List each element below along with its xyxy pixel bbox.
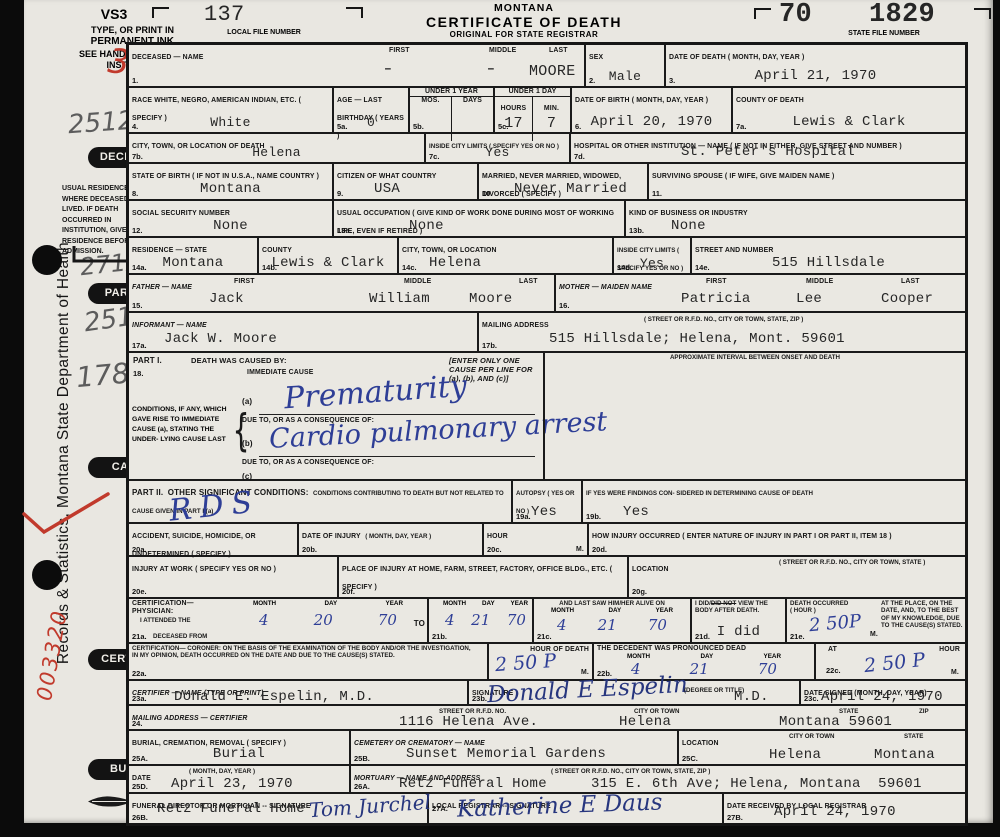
death-hour-value: 2 50P: [808, 611, 862, 636]
year-label: YEAR: [511, 600, 529, 607]
item-number: 23c.: [804, 694, 819, 703]
county-of-death-value: Lewis & Clark: [733, 114, 965, 130]
field-street-number: STREET AND NUMBER 14e. 515 Hillsdale: [692, 238, 965, 273]
field-certifier-signature: SIGNATURE 23b. Donald E Espelin (DEGREE …: [469, 681, 801, 704]
conditions-note: CONDITIONS, IF ANY, WHICH GAVE RISE TO I…: [132, 405, 232, 444]
field-sex: SEX 2. Male: [586, 45, 666, 86]
minutes-label: MIN.: [544, 105, 559, 112]
interval-label: APPROXIMATE INTERVAL BETWEEN ONSET AND D…: [548, 354, 962, 361]
view-label-struck: DID NOT: [711, 600, 736, 607]
informant-name-label: INFORMANT — NAME: [132, 322, 207, 329]
form-row: INFORMANT — NAME 17a. Jack W. Moore MAIL…: [129, 313, 965, 353]
year-label: YEAR: [656, 607, 674, 614]
pronounced-year-value: 70: [758, 660, 777, 678]
meridiem-label: M.: [951, 669, 959, 677]
to-label: TO: [414, 619, 425, 629]
field-residence-city: CITY, TOWN, OR LOCATION 14c. Helena: [399, 238, 614, 273]
marital-status-value: Never Married: [494, 181, 647, 197]
item-number: 23b.: [472, 694, 487, 703]
form-row-burial: BURIAL, CREMATION, REMOVAL ( SPECIFY ) 2…: [129, 731, 965, 766]
crop-mark: [152, 7, 169, 18]
part2-label: PART II.: [132, 488, 163, 497]
location-label: LOCATION: [682, 740, 719, 747]
under-1-day-label: UNDER 1 DAY: [495, 88, 570, 97]
injury-at-work-label: INJURY AT WORK ( SPECIFY YES OR NO ): [132, 566, 276, 573]
pronounced-day-value: 21: [690, 660, 709, 678]
informant-name-value: Jack W. Moore: [164, 331, 277, 347]
burial-type-value: Burial: [129, 746, 349, 762]
meridiem-label: M.: [576, 546, 584, 554]
field-cemetery-name: CEMETERY OR CREMATORY — NAME 25B. Sunset…: [351, 731, 679, 764]
field-industry: KIND OF BUSINESS OR INDUSTRY 13b. None: [626, 201, 965, 236]
ssn-value: None: [129, 218, 332, 234]
residence-city-label: CITY, TOWN, OR LOCATION: [402, 247, 497, 254]
field-race: RACE WHITE, NEGRO, AMERICAN INDIAN, ETC.…: [129, 88, 334, 132]
day-label: DAY: [700, 653, 713, 660]
item-number: 1.: [132, 76, 138, 85]
date-of-death-label: DATE OF DEATH ( MONTH, DAY, YEAR ): [669, 54, 804, 61]
residence-inside-limits-value: Yes: [614, 256, 690, 271]
hospital-value: St. Peter's Hospital: [571, 144, 965, 160]
place-of-injury-label: PLACE OF INJURY AT HOME, FARM, STREET, F…: [342, 566, 612, 591]
from-month-value: 4: [259, 611, 269, 629]
item-number: 26A.: [354, 782, 370, 791]
field-cemetery-location: LOCATION CITY OR TOWN STATE 25C. Helena …: [679, 731, 965, 764]
item-number: 19a.: [516, 512, 531, 521]
zip-label: ZIP: [919, 708, 929, 715]
meridiem-label: M.: [870, 631, 878, 639]
red-check-mark: [12, 488, 116, 546]
city-of-death-value: Helena: [129, 145, 424, 160]
field-residence-state: RESIDENCE — STATE 14a. Montana: [129, 238, 259, 273]
item-number: 17a.: [132, 341, 147, 350]
form-row-certifier-address: MAILING ADDRESS — CERTIFIER 24. STREET O…: [129, 706, 965, 731]
item-number: 25B.: [354, 754, 370, 763]
field-last-saw-alive: AND LAST SAW HIM/HER ALIVE ON MONTH DAY …: [534, 599, 692, 642]
to-day-value: 21: [471, 611, 490, 629]
mother-last-value: Cooper: [881, 291, 933, 307]
certificate-title: CERTIFICATE OF DEATH: [354, 14, 694, 30]
father-name-label: FATHER — NAME: [132, 284, 192, 291]
month-label: MONTH: [443, 600, 466, 607]
to-year-value: 70: [507, 611, 526, 629]
first-label: FIRST: [234, 278, 255, 286]
field-residence-county: COUNTY 14b. Lewis & Clark: [259, 238, 399, 273]
state-of-birth-value: Montana: [129, 181, 332, 197]
field-pronounced-dead: THE DECEDENT WAS PRONOUNCED DEAD MONTH D…: [594, 644, 816, 679]
view-label: I DID/: [695, 600, 711, 607]
crop-mark: [754, 8, 771, 19]
month-label: MONTH: [253, 600, 276, 607]
form-row-part1: PART I. DEATH WAS CAUSED BY: [ENTER ONLY…: [129, 353, 965, 481]
father-middle-value: William: [369, 291, 430, 307]
item-number: 25C.: [682, 754, 698, 763]
field-occupation: USUAL OCCUPATION ( GIVE KIND OF WORK DON…: [334, 201, 626, 236]
item-number: 13b.: [629, 226, 644, 235]
pronounced-dead-label: THE DECEDENT WAS PRONOUNCED DEAD: [597, 645, 811, 653]
item-number: 20b.: [302, 545, 317, 554]
item-number: 16.: [559, 301, 569, 310]
item-number: 21b.: [432, 632, 447, 641]
field-date-of-death: DATE OF DEATH ( MONTH, DAY, YEAR ) 3. Ap…: [666, 45, 965, 86]
item-number: 21c.: [537, 632, 552, 641]
deceased-from-label: DECEASED FROM: [153, 633, 207, 640]
field-informant-address: MAILING ADDRESS ( STREET OR R.F.D. NO., …: [479, 313, 965, 351]
date-received-value: April 24, 1970: [774, 804, 896, 820]
from-year-value: 70: [378, 611, 397, 629]
item-number: 18.: [133, 369, 143, 378]
state-name: MONTANA: [354, 2, 694, 14]
item-number: 15.: [132, 301, 142, 310]
autopsy-value: Yes: [531, 504, 581, 520]
certifier-street-value: 1116 Helena Ave.: [399, 714, 538, 730]
field-attended-from: CERTIFICATION— PHYSICIAN: I ATTENDED THE…: [129, 599, 429, 642]
date-label: DATE: [132, 775, 151, 782]
certifier-name-value: Donald E. Espelin, M.D.: [174, 689, 374, 705]
item-number: 27A.: [432, 804, 448, 813]
funeral-director-signature-value: Tom Jurchel: [308, 790, 431, 822]
crop-mark: [974, 8, 991, 19]
certifier-state-zip-value: Montana 59601: [779, 714, 892, 730]
date-signed-value: April 24, 1970: [821, 689, 943, 705]
field-certifier-name: CERTIFIER — NAME (TYPE OR PRINT) 23a. Do…: [129, 681, 469, 704]
residence-county-value: Lewis & Clark: [259, 255, 397, 271]
certifier-city-value: Helena: [619, 714, 671, 730]
view-label-line2: BODY AFTER DEATH.: [695, 607, 782, 614]
date-of-death-value: April 21, 1970: [666, 68, 965, 84]
field-date-of-injury: DATE OF INJURY ( MONTH, DAY, YEAR ) 20b.: [299, 524, 484, 555]
day-label: DAY: [324, 600, 337, 607]
field-burial-date: DATE ( MONTH, DAY, YEAR ) 25D. April 23,…: [129, 766, 351, 792]
item-number: 21a.: [132, 632, 147, 641]
state-file-number-part2: 1829: [869, 0, 935, 30]
last-saw-alive-label: AND LAST SAW HIM/HER ALIVE ON: [537, 600, 687, 607]
field-age: AGE — LAST BIRTHDAY ( YEARS ) 5a. 0: [334, 88, 410, 132]
mailing-address-paren: ( STREET OR R.F.D. NO., CITY OR TOWN, ST…: [644, 316, 803, 323]
field-residence-inside-limits: INSIDE CITY LIMITS ( SPECIFY YES OR NO )…: [614, 238, 692, 273]
cause-of-death-section: PART I. DEATH WAS CAUSED BY: [ENTER ONLY…: [129, 353, 543, 479]
father-last-value: Moore: [469, 291, 513, 307]
hour-label: HOUR: [939, 646, 960, 654]
field-local-registrar-signature: LOCAL REGISTRAR -- SIGNATURE 27A. Kather…: [429, 794, 724, 823]
form-row: STATE OF BIRTH ( IF NOT IN U.S.A., NAME …: [129, 164, 965, 201]
form-row: CITY, TOWN, OR LOCATION OF DEATH 7b. Hel…: [129, 134, 965, 164]
field-mother-name: MOTHER — MAIDEN NAME FIRST MIDDLE LAST 1…: [556, 275, 965, 311]
state-label: STATE: [904, 733, 923, 740]
item-number: 20f.: [342, 587, 355, 596]
local-registrar-signature-value: Katherine E Daus: [457, 789, 663, 822]
field-citizen: CITIZEN OF WHAT COUNTRY 9. USA: [334, 164, 479, 199]
hole-punch: [32, 245, 62, 275]
form-row-mortuary: DATE ( MONTH, DAY, YEAR ) 25D. April 23,…: [129, 766, 965, 794]
citizen-value: USA: [374, 181, 477, 197]
form-row-certification-coroner: CERTIFICATION— CORONER: ON THE BASIS OF …: [129, 644, 965, 681]
form-row: RESIDENCE — STATE 14a. Montana COUNTY 14…: [129, 238, 965, 275]
field-marital-status: MARRIED, NEVER MARRIED, WIDOWED, DIVORCE…: [479, 164, 649, 199]
residence-state-label: RESIDENCE — STATE: [132, 247, 207, 254]
field-father-name: FATHER — NAME FIRST MIDDLE LAST 15. Jack…: [129, 275, 556, 311]
burial-date-value: April 23, 1970: [171, 776, 293, 792]
interval-column: APPROXIMATE INTERVAL BETWEEN ONSET AND D…: [543, 353, 965, 479]
state-file-number-part1: 70: [779, 0, 812, 30]
residence-county-label: COUNTY: [262, 247, 292, 254]
field-viewed-body: I DID/DID NOT VIEW THE BODY AFTER DEATH.…: [692, 599, 787, 642]
field-deceased-name: DECEASED — NAME FIRST MIDDLE LAST 1. – –…: [129, 45, 586, 86]
certifier-address-label: MAILING ADDRESS — CERTIFIER: [132, 715, 247, 722]
state-file-number-label: STATE FILE NUMBER: [784, 30, 984, 37]
city-label: CITY OR TOWN: [789, 733, 835, 740]
at-label: AT: [828, 646, 837, 654]
field-coroner-certification: CERTIFICATION— CORONER: ON THE BASIS OF …: [129, 644, 489, 679]
first-label: FIRST: [706, 278, 727, 286]
occupation-value: None: [409, 218, 624, 234]
field-ssn: SOCIAL SECURITY NUMBER 12. None: [129, 201, 334, 236]
caused-by-label: DEATH WAS CAUSED BY:: [191, 356, 287, 365]
county-of-death-label: COUNTY OF DEATH: [736, 97, 804, 104]
sex-label: SEX: [589, 54, 603, 61]
day-label: DAY: [482, 600, 495, 607]
cemetery-state-value: Montana: [874, 747, 935, 763]
date-of-birth-value: April 20, 1970: [572, 114, 731, 130]
findings-value: Yes: [623, 504, 965, 520]
field-city-of-death: CITY, TOWN, OR LOCATION OF DEATH 7b. Hel…: [129, 134, 426, 162]
age-value: 0: [334, 115, 408, 130]
from-day-value: 20: [314, 611, 333, 629]
item-number: 13a.: [337, 226, 352, 235]
last-label: LAST: [519, 278, 538, 286]
item-number: 22c.: [826, 666, 841, 675]
form-row-part2: PART II. OTHER SIGNIFICANT CONDITIONS: C…: [129, 481, 965, 524]
item-number: 23a.: [132, 694, 147, 703]
field-hospital: HOSPITAL OR OTHER INSTITUTION — NAME ( I…: [571, 134, 965, 162]
degree-value: M.D.: [734, 689, 769, 705]
form-row-certifier: CERTIFIER — NAME (TYPE OR PRINT) 23a. Do…: [129, 681, 965, 706]
last-name-value: MOORE: [529, 63, 576, 80]
findings-label: IF YES WERE FINDINGS CON- SIDERED IN DET…: [586, 490, 813, 497]
field-place-of-injury: PLACE OF INJURY AT HOME, FARM, STREET, F…: [339, 557, 629, 597]
field-death-occurred-hour: DEATH OCCURRED ( HOUR ) 21e. 2 50P M. AT…: [787, 599, 965, 642]
race-value: White: [129, 115, 332, 130]
saw-month-value: 4: [557, 616, 567, 634]
date-of-birth-label: DATE OF BIRTH ( MONTH, DAY, YEAR ): [575, 97, 708, 104]
form-row: RACE WHITE, NEGRO, AMERICAN INDIAN, ETC.…: [129, 88, 965, 134]
local-file-number: 137: [204, 2, 245, 27]
due-to-label: DUE TO, OR AS A CONSEQUENCE OF:: [242, 459, 374, 467]
item-number: 20e.: [132, 587, 147, 596]
local-file-number-label: LOCAL FILE NUMBER: [174, 29, 354, 36]
industry-label: KIND OF BUSINESS OR INDUSTRY: [629, 210, 748, 217]
form-row-signatures: FUNERAL DIRECTOR OR MORTICIAN -- SIGNATU…: [129, 794, 965, 823]
item-number: 25D.: [132, 782, 148, 791]
citizen-label: CITIZEN OF WHAT COUNTRY: [337, 173, 437, 180]
line-b-label: (b): [242, 439, 253, 449]
funeral-director-value: Retz Funeral Home: [157, 801, 305, 817]
year-label: YEAR: [764, 653, 782, 660]
middle-label: MIDDLE: [404, 278, 431, 286]
field-funeral-director-signature: FUNERAL DIRECTOR OR MORTICIAN -- SIGNATU…: [129, 794, 429, 823]
mother-middle-value: Lee: [796, 291, 822, 307]
item-number: 5b.: [413, 122, 424, 131]
field-inside-city-limits: INSIDE CITY LIMITS ( SPECIFY YES OR NO )…: [426, 134, 571, 162]
print-note-line1: TYPE, OR PRINT IN: [26, 24, 174, 36]
deceased-name-label: DECEASED — NAME: [132, 54, 204, 61]
physician-attestation-note: AT THE PLACE, ON THE DATE, AND, TO THE B…: [881, 600, 963, 630]
form-row: ACCIDENT, SUICIDE, HOMICIDE, OR UNDETERM…: [129, 524, 965, 557]
date-paren: ( MONTH, DAY, YEAR ): [189, 768, 255, 775]
field-date-signed: DATE SIGNED (MONTH, DAY, YEAR) 23c. Apri…: [801, 681, 965, 704]
item-number: 10.: [482, 189, 492, 198]
surviving-spouse-label: SURVIVING SPOUSE ( IF WIFE, GIVE MAIDEN …: [652, 173, 835, 180]
item-number: 5c.: [498, 122, 508, 131]
informant-address-value: 515 Hillsdale; Helena, Mont. 59601: [549, 331, 845, 347]
location-paren: ( STREET OR R.F.D. NO., CITY OR TOWN, ST…: [779, 559, 925, 566]
item-number: 20a.: [132, 545, 147, 554]
location-label: LOCATION: [632, 566, 669, 573]
viewed-body-value: I did: [692, 624, 785, 640]
form-row: DECEASED — NAME FIRST MIDDLE LAST 1. – –…: [129, 45, 965, 88]
to-month-value: 4: [445, 611, 455, 629]
field-autopsy-findings: IF YES WERE FINDINGS CON- SIDERED IN DET…: [583, 481, 965, 522]
ssn-label: SOCIAL SECURITY NUMBER: [132, 210, 230, 217]
view-label-post: VIEW THE: [736, 600, 768, 607]
item-number: 26B.: [132, 813, 148, 822]
hours-label: HOURS: [501, 105, 527, 112]
item-number: 22a.: [132, 669, 147, 678]
cemetery-name-value: Sunset Memorial Gardens: [406, 746, 606, 762]
day-label: DAY: [608, 607, 621, 614]
field-date-received: DATE RECEIVED BY LOCAL REGISTRAR 27B. Ap…: [724, 794, 965, 823]
item-number: 9.: [337, 189, 343, 198]
part1-label: PART I.: [133, 356, 162, 366]
item-number: 24.: [132, 719, 142, 728]
mother-first-value: Patricia: [681, 291, 751, 307]
year-label: YEAR: [386, 600, 404, 607]
cause-line-b-rule: [259, 456, 535, 457]
first-name-value: –: [384, 61, 392, 76]
death-occurred-label: DEATH OCCURRED: [790, 600, 876, 607]
date-of-injury-paren: ( MONTH, DAY, YEAR ): [365, 533, 431, 540]
last-label: LAST: [901, 278, 920, 286]
last-label: LAST: [549, 47, 568, 55]
field-under-1-day: UNDER 1 DAY HOURS 17 MIN. 7 5c.: [495, 88, 572, 132]
field-burial-type: BURIAL, CREMATION, REMOVAL ( SPECIFY ) 2…: [129, 731, 351, 764]
accident-label: ACCIDENT, SUICIDE, HOMICIDE, OR UNDETERM…: [132, 533, 256, 558]
field-pronounced-hour: AT HOUR 22c. 2 50 P M.: [816, 644, 965, 679]
street-number-label: STREET AND NUMBER: [695, 247, 773, 254]
field-accident-suicide: ACCIDENT, SUICIDE, HOMICIDE, OR UNDETERM…: [129, 524, 299, 555]
item-number: 20g.: [632, 587, 647, 596]
hour-label: HOUR: [487, 533, 508, 540]
form-row-certification-physician: CERTIFICATION— PHYSICIAN: I ATTENDED THE…: [129, 599, 965, 644]
item-number: 21e.: [790, 632, 805, 641]
street-number-value: 515 Hillsdale: [692, 255, 965, 271]
inside-city-limits-value: Yes: [426, 145, 569, 160]
industry-value: None: [671, 218, 965, 234]
field-hour-of-death: HOUR OF DEATH 2 50 P M.: [489, 644, 594, 679]
pronounced-hour-value: 2 50 P: [863, 649, 926, 677]
field-state-of-birth: STATE OF BIRTH ( IF NOT IN U.S.A., NAME …: [129, 164, 334, 199]
item-number: 11.: [652, 189, 662, 198]
field-mortuary: MORTUARY — NAME AND ADDRESS ( STREET OR …: [351, 766, 965, 792]
item-number: 20d.: [592, 545, 607, 554]
residence-city-value: Helena: [429, 255, 612, 271]
field-informant-name: INFORMANT — NAME 17a. Jack W. Moore: [129, 313, 479, 351]
other-conditions-section: PART II. OTHER SIGNIFICANT CONDITIONS: C…: [129, 481, 513, 522]
middle-label: MIDDLE: [489, 47, 516, 55]
item-number: 20c.: [487, 545, 502, 554]
form-row: FATHER — NAME FIRST MIDDLE LAST 15. Jack…: [129, 275, 965, 313]
item-number: 17b.: [482, 341, 497, 350]
state-of-birth-label: STATE OF BIRTH ( IF NOT IN U.S.A., NAME …: [132, 173, 319, 180]
field-injury-at-work: INJURY AT WORK ( SPECIFY YES OR NO ) 20e…: [129, 557, 339, 597]
field-under-1-year: UNDER 1 YEAR MOS. DAYS 5b.: [410, 88, 495, 132]
field-hour-of-injury: HOUR 20c. M.: [484, 524, 589, 555]
death-certificate-form: DECEASED — NAME FIRST MIDDLE LAST 1. – –…: [126, 42, 968, 826]
immediate-cause-label: IMMEDIATE CAUSE: [247, 369, 313, 377]
item-number: 27B.: [727, 813, 743, 822]
month-label: MONTH: [627, 653, 650, 660]
item-number: 14c.: [402, 263, 417, 272]
mother-name-label: MOTHER — MAIDEN NAME: [559, 284, 652, 291]
middle-label: MIDDLE: [806, 278, 833, 286]
sex-value: Male: [586, 69, 664, 84]
form-row: SOCIAL SECURITY NUMBER 12. None USUAL OC…: [129, 201, 965, 238]
field-injury-location: LOCATION ( STREET OR R.F.D. NO., CITY OR…: [629, 557, 965, 597]
mailing-address-label: MAILING ADDRESS: [482, 322, 549, 329]
certificate-subtitle: ORIGINAL FOR STATE REGISTRAR: [354, 30, 694, 39]
middle-name-value: –: [487, 61, 495, 76]
hour-of-death-value: 2 50 P: [494, 650, 557, 676]
field-autopsy: AUTOPSY ( YES OR NO ) 19a. Yes: [513, 481, 583, 522]
saw-day-value: 21: [598, 616, 617, 634]
pencil-number-1: 2512: [67, 106, 135, 141]
residence-state-value: Montana: [129, 255, 257, 271]
minutes-value: 7: [533, 115, 570, 132]
month-label: MONTH: [551, 607, 574, 614]
first-label: FIRST: [389, 47, 410, 55]
under-1-year-label: UNDER 1 YEAR: [410, 88, 493, 97]
field-certifier-address: MAILING ADDRESS — CERTIFIER 24. STREET O…: [129, 706, 965, 729]
date-of-injury-label: DATE OF INJURY: [302, 533, 361, 540]
field-surviving-spouse: SURVIVING SPOUSE ( IF WIFE, GIVE MAIDEN …: [649, 164, 965, 199]
coroner-certification-label: CERTIFICATION— CORONER: ON THE BASIS OF …: [132, 645, 477, 660]
form-row: INJURY AT WORK ( SPECIFY YES OR NO ) 20e…: [129, 557, 965, 599]
field-date-of-birth: DATE OF BIRTH ( MONTH, DAY, YEAR ) 6. Ap…: [572, 88, 733, 132]
field-how-injury-occurred: HOW INJURY OCCURRED ( ENTER NATURE OF IN…: [589, 524, 965, 555]
mortuary-paren: ( STREET OR R.F.D. NO., CITY OR TOWN, ST…: [551, 768, 710, 775]
item-number: 19b.: [586, 512, 601, 521]
cemetery-city-value: Helena: [769, 747, 821, 763]
father-first-value: Jack: [209, 291, 244, 307]
field-county-of-death: COUNTY OF DEATH 7a. Lewis & Clark: [733, 88, 965, 132]
meridiem-label: M.: [581, 669, 589, 677]
saw-year-value: 70: [648, 616, 667, 634]
how-injury-label: HOW INJURY OCCURRED ( ENTER NATURE OF IN…: [592, 533, 892, 540]
field-attended-to: MONTH DAY YEAR 4 21 70 21b.: [429, 599, 534, 642]
